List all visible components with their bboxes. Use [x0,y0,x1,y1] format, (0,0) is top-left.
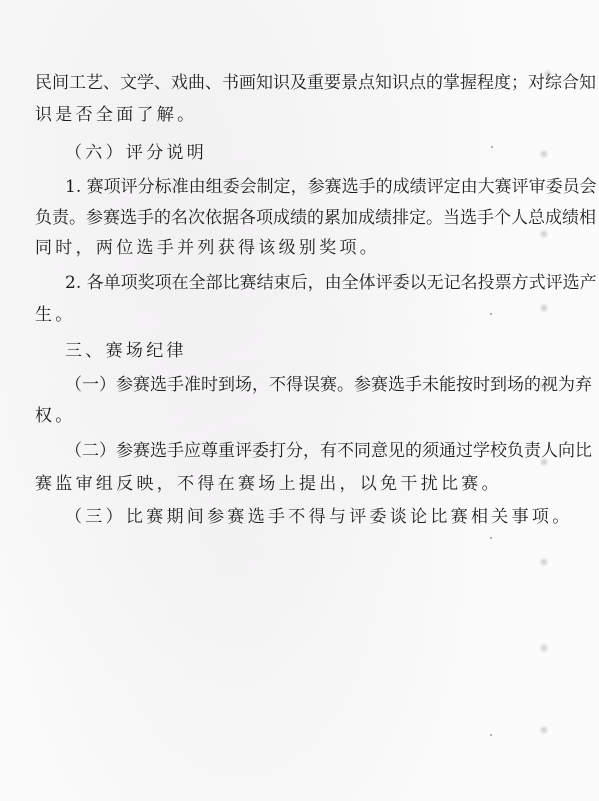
scan-speck [490,313,492,315]
scan-smudge [540,302,548,314]
scan-speck [490,537,492,539]
discipline-item-3: （三）比赛期间参赛选手不得与评委谈论比赛相关事项。 [65,505,573,529]
scoring-item-2-line-1: 2. 各单项奖项在全部比赛结束后，由全体评委以无记名投票方式评选产 [65,271,578,295]
scan-smudge [540,380,548,392]
scoring-item-1-line-2: 负责。参赛选手的名次依据各项成绩的累加成绩排定。当选手个人总成绩相 [35,206,578,230]
scan-smudge [540,148,548,160]
scoring-item-1-line-3: 同时，两位选手并列获得该级别奖项。 [35,236,380,260]
scan-smudge [540,456,548,468]
scan-speck [490,734,492,736]
paragraph-line-knowledge-1: 民间工艺、文学、戏曲、书画知识及重要景点知识点的掌握程度；对综合知 [35,71,578,95]
scan-smudge [540,642,548,654]
scoring-item-1-line-1: 1. 赛项评分标准由组委会制定，参赛选手的成绩评定由大赛评审委员会 [65,175,578,199]
discipline-item-1-line-1: （一）参赛选手准时到场，不得误赛。参赛选手未能按时到场的视为弃 [65,373,578,397]
section-heading-discipline: 三、赛场纪律 [65,339,187,363]
scan-smudge [540,556,548,568]
scan-speck [491,146,493,148]
discipline-item-2-line-2: 赛监审组反映，不得在赛场上提出，以免干扰比赛。 [35,472,502,496]
section-heading-scoring: （六）评分说明 [65,141,207,165]
discipline-item-1-line-2: 权。 [35,404,76,428]
scan-smudge [540,724,548,736]
scanned-document-page: 民间工艺、文学、戏曲、书画知识及重要景点知识点的掌握程度；对综合知 识是否全面了… [0,0,599,801]
scan-smudge [544,68,552,80]
discipline-item-2-line-1: （二）参赛选手应尊重评委打分，有不同意见的须通过学校负责人向比 [65,439,578,463]
paragraph-line-knowledge-2: 识是否全面了解。 [35,103,197,127]
scan-smudge [540,228,548,240]
scoring-item-2-line-2: 生。 [35,303,76,327]
